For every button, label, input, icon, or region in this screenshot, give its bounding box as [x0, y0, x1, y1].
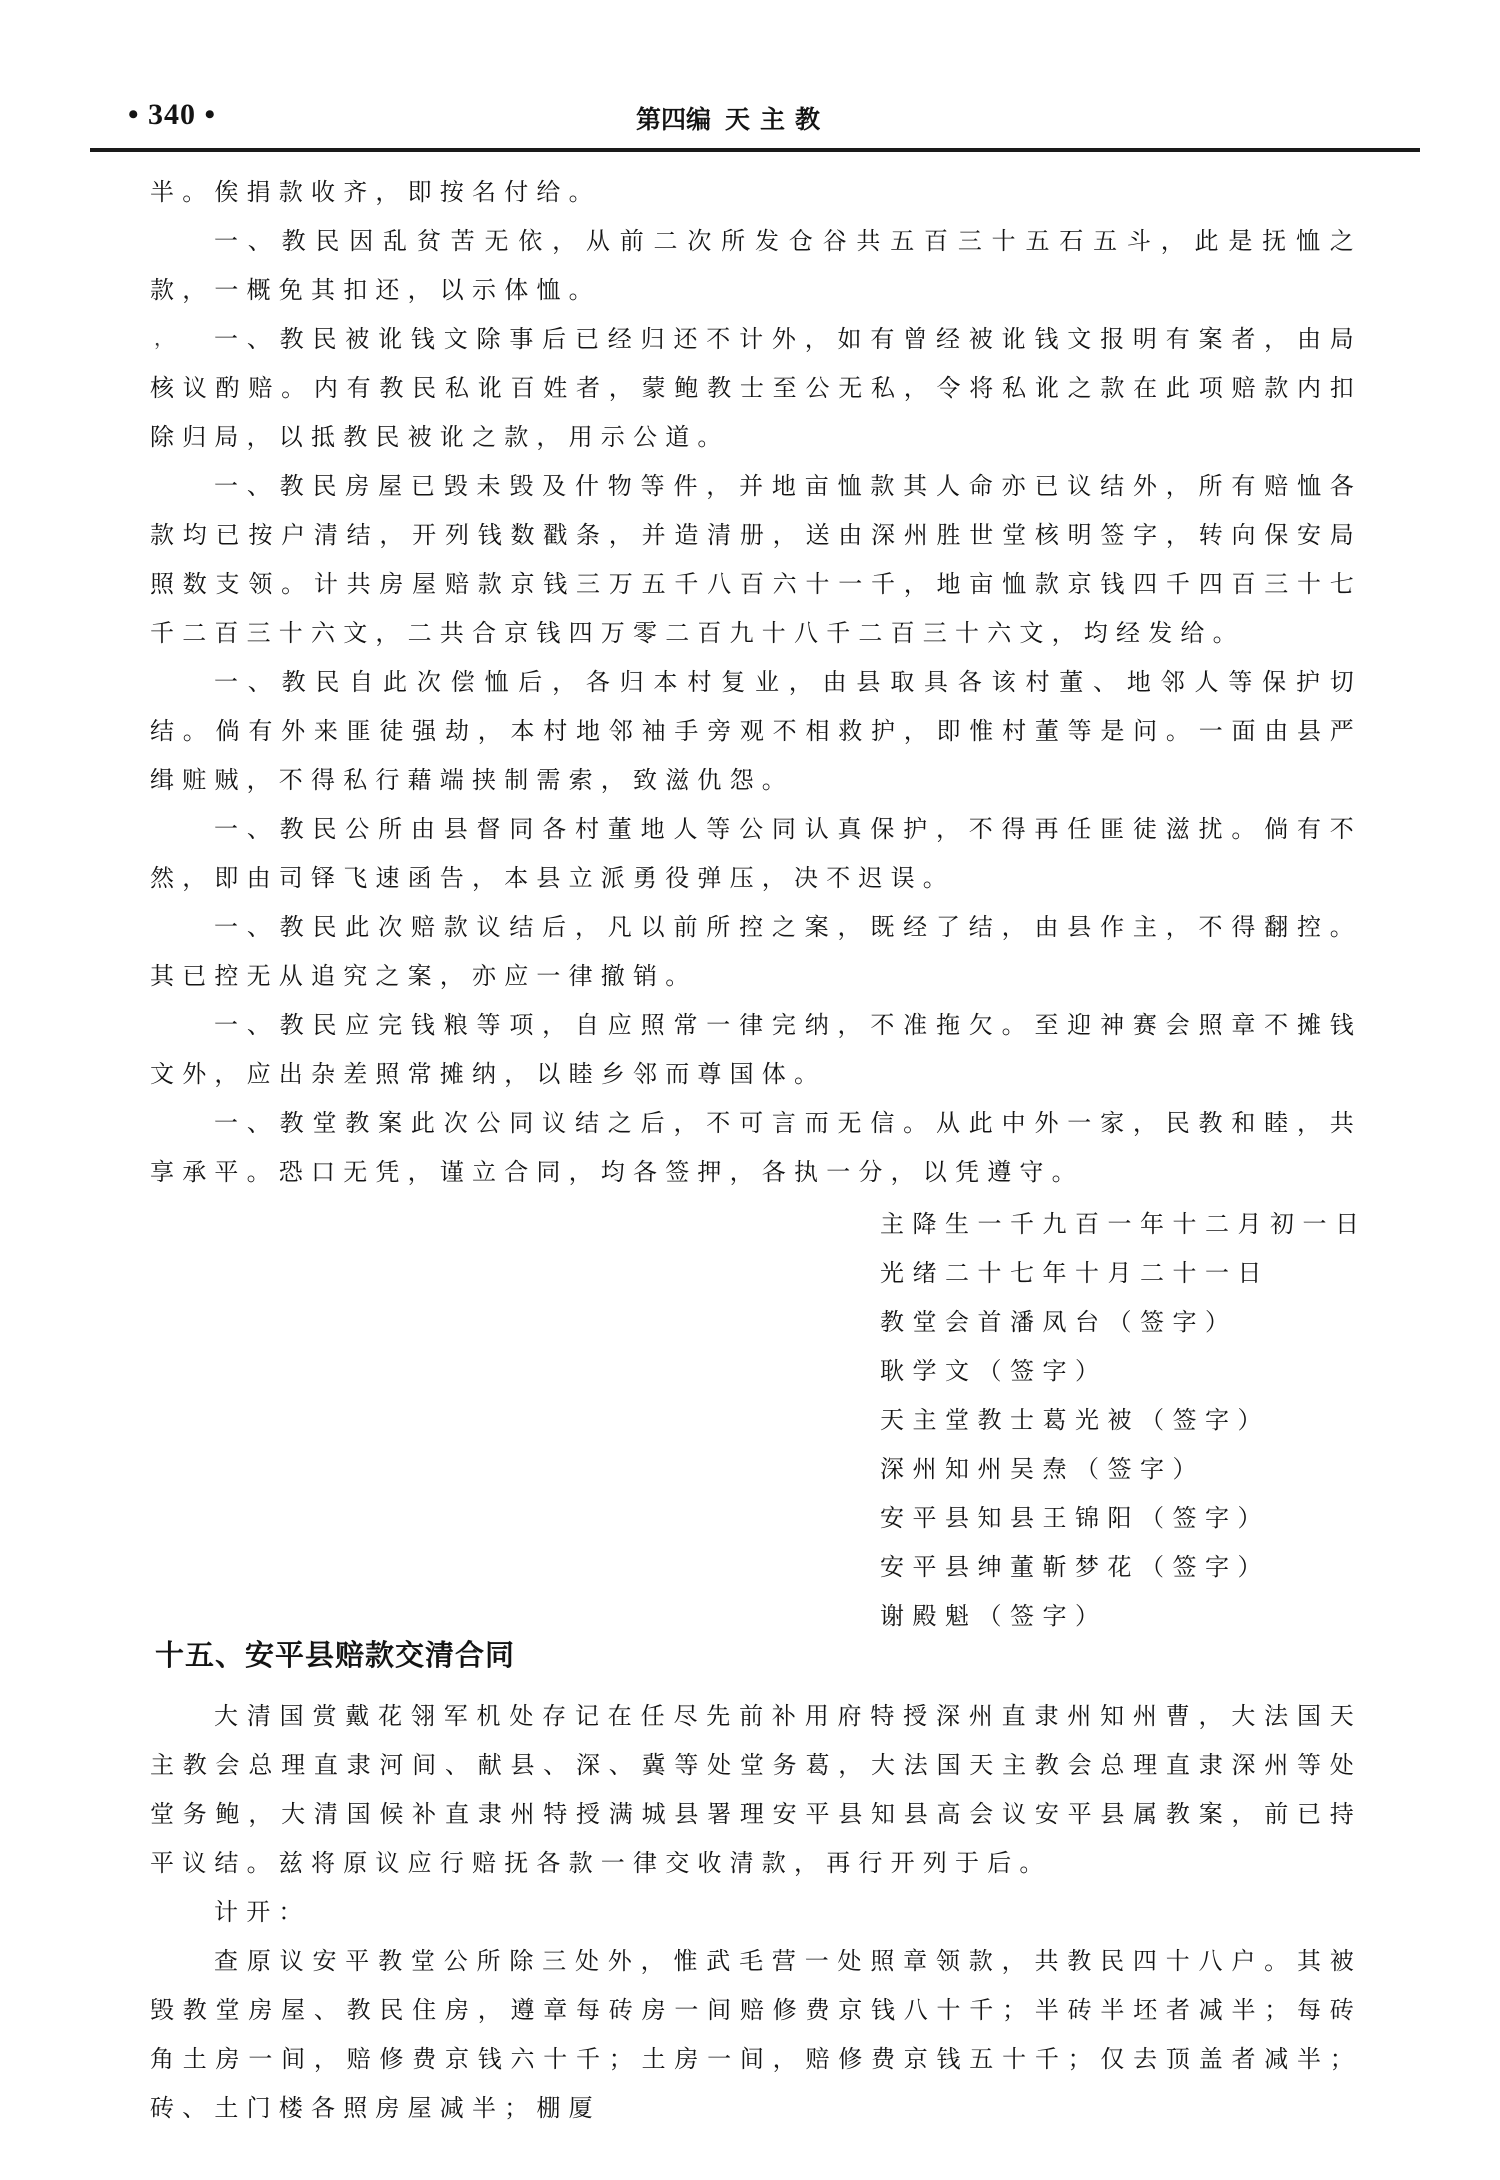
- signature-line: 安平县知县王锦阳（签字）: [880, 1494, 1368, 1543]
- paragraph: 大清国赏戴花翎军机处存记在任尽先前补用府特授深州直隶州知州曹，大法国天主教会总理…: [150, 1692, 1362, 1888]
- paragraph: 一、教民被讹钱文除事后已经归还不计外，如有曾经被讹钱文报明有案者，由局核议酌赔。…: [150, 315, 1362, 462]
- paragraph: 查原议安平教堂公所除三处外，惟武毛营一处照章领款，共教民四十八户。其被毁教堂房屋…: [150, 1937, 1362, 2133]
- running-title-topic: 天主教: [725, 105, 830, 134]
- section-heading: 十五、安平县赔款交清合同: [155, 1632, 515, 1678]
- paragraph: 一、教民此次赔款议结后，凡以前所控之案，既经了结，由县作主，不得翻控。其已控无从…: [150, 903, 1362, 1001]
- paragraph: 一、教民自此次偿恤后，各归本村复业，由县取具各该村董、地邻人等保护切结。倘有外来…: [150, 658, 1362, 805]
- running-title-part: 第四编: [636, 105, 711, 134]
- paragraph: 一、教民房屋已毁未毁及什物等件，并地亩恤款其人命亦已议结外，所有赔恤各款均已按户…: [150, 462, 1362, 658]
- page-number: • 340 •: [128, 98, 216, 132]
- signature-block: 主降生一千九百一年十二月初一日 光绪二十七年十月二十一日 教堂会首潘凤台（签字）…: [880, 1200, 1368, 1641]
- paragraph: 半。俟捐款收齐，即按名付给。: [150, 168, 1362, 217]
- signature-line: 深州知州吴焘（签字）: [880, 1445, 1368, 1494]
- paragraph: 一、教民因乱贫苦无依，从前二次所发仓谷共五百三十五石五斗，此是抚恤之款，一概免其…: [150, 217, 1362, 315]
- running-title: 第四编天主教: [636, 100, 876, 136]
- signature-date-guangxu: 光绪二十七年十月二十一日: [880, 1249, 1368, 1298]
- body-text: 半。俟捐款收齐，即按名付给。 一、教民因乱贫苦无依，从前二次所发仓谷共五百三十五…: [150, 168, 1362, 1197]
- signature-line: 耿学文（签字）: [880, 1347, 1368, 1396]
- section-body: 大清国赏戴花翎军机处存记在任尽先前补用府特授深州直隶州知州曹，大法国天主教会总理…: [150, 1692, 1362, 2133]
- paragraph: 计开：: [150, 1888, 1362, 1937]
- signature-line: 安平县绅董靳梦花（签字）: [880, 1543, 1368, 1592]
- paragraph: 一、教堂教案此次公同议结之后，不可言而无信。从此中外一家，民教和睦，共享承平。恐…: [150, 1099, 1362, 1197]
- signature-date-western: 主降生一千九百一年十二月初一日: [880, 1200, 1368, 1249]
- signature-line: 教堂会首潘凤台（签字）: [880, 1298, 1368, 1347]
- header-rule: [90, 148, 1420, 152]
- signature-line: 谢殿魁（签字）: [880, 1592, 1368, 1641]
- signature-line: 天主堂教士葛光被（签字）: [880, 1396, 1368, 1445]
- paragraph: 一、教民公所由县督同各村董地人等公同认真保护，不得再任匪徒滋扰。倘有不然，即由司…: [150, 805, 1362, 903]
- paragraph: 一、教民应完钱粮等项，自应照常一律完纳，不准拖欠。至迎神赛会照章不摊钱文外，应出…: [150, 1001, 1362, 1099]
